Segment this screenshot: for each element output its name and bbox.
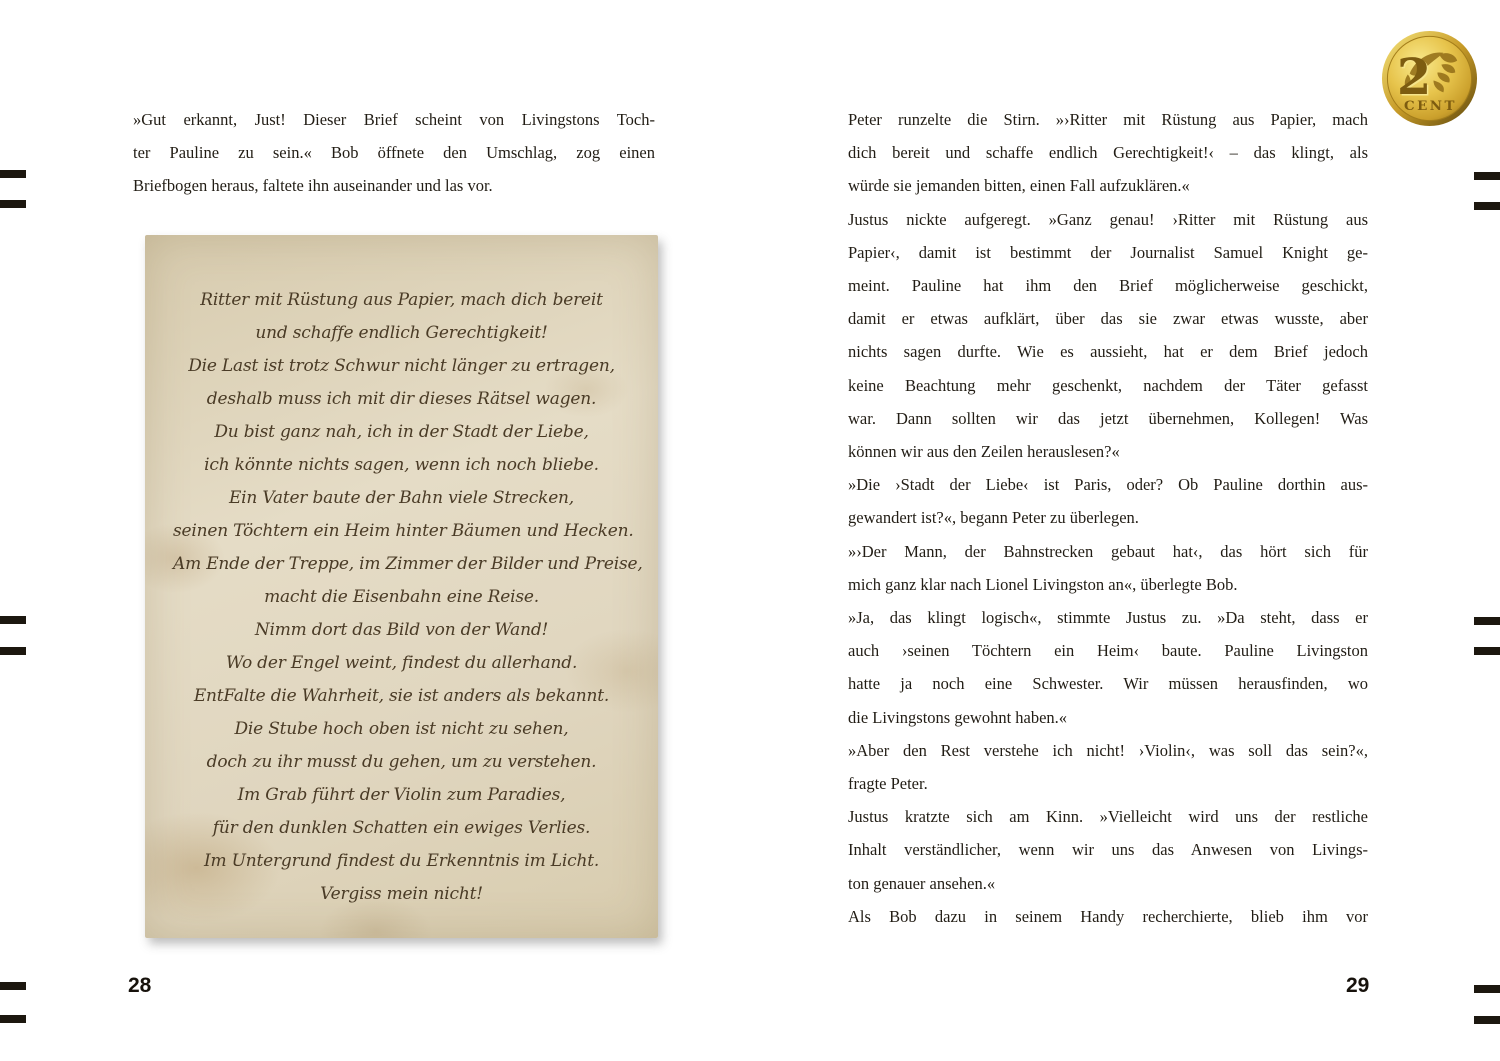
- text-line: Im Untergrund findest du Erkenntnis im L…: [173, 845, 630, 878]
- text-line: Ritter mit Rüstung aus Papier, mach dich…: [173, 284, 630, 317]
- text-line: »Ja, das klingt logisch«, stimmte Justus…: [848, 601, 1368, 634]
- text-line: meint. Pauline hat ihm den Brief möglich…: [848, 269, 1368, 302]
- text-line: Im Grab führt der Violin zum Paradies,: [173, 779, 630, 812]
- text-line: hatte ja noch eine Schwester. Wir müssen…: [848, 667, 1368, 700]
- text-line: Wo der Engel weint, findest du allerhand…: [173, 647, 630, 680]
- text-line: ton genauer ansehen.«: [848, 867, 1368, 900]
- registration-mark: [1474, 172, 1500, 180]
- registration-mark: [1474, 985, 1500, 993]
- text-line: war. Dann sollten wir das jetzt übernehm…: [848, 402, 1368, 435]
- text-line: fragte Peter.: [848, 767, 1368, 800]
- text-line: Peter runzelte die Stirn. »›Ritter mit R…: [848, 103, 1368, 136]
- text-line: Justus kratzte sich am Kinn. »Vielleicht…: [848, 800, 1368, 833]
- registration-mark: [1474, 617, 1500, 625]
- text-line: Am Ende der Treppe, im Zimmer der Bilder…: [173, 548, 630, 581]
- page-number-left: 28: [128, 974, 151, 998]
- registration-mark: [0, 982, 26, 990]
- text-line: Als Bob dazu in seinem Handy recherchier…: [848, 900, 1368, 933]
- text-line: doch zu ihr musst du gehen, um zu verste…: [173, 746, 630, 779]
- riddle-letter: Ritter mit Rüstung aus Papier, mach dich…: [145, 235, 658, 938]
- registration-mark: [0, 200, 26, 208]
- book-spread: 2 2 CENT »Gut erkannt, Just! Dieser Brie…: [0, 0, 1500, 1061]
- registration-mark: [1474, 202, 1500, 210]
- registration-mark: [1474, 647, 1500, 655]
- text-line: würde sie jemanden bitten, einen Fall au…: [848, 169, 1368, 202]
- registration-mark: [0, 170, 26, 178]
- text-line: Nimm dort das Bild von der Wand!: [173, 614, 630, 647]
- text-line: Die Last ist trotz Schwur nicht länger z…: [173, 350, 630, 383]
- text-line: Ein Vater baute der Bahn viele Strecken,: [173, 482, 630, 515]
- registration-mark: [0, 1015, 26, 1023]
- text-line: können wir aus den Zeilen herauslesen?«: [848, 435, 1368, 468]
- text-line: für den dunklen Schatten ein ewiges Verl…: [173, 812, 630, 845]
- text-line: gewandert ist?«, begann Peter zu überleg…: [848, 501, 1368, 534]
- text-line: Briefbogen heraus, faltete ihn auseinand…: [133, 169, 655, 202]
- text-line: ich könnte nichts sagen, wenn ich noch b…: [173, 449, 630, 482]
- coin-label: CENT: [1404, 98, 1457, 114]
- text-line: Vergiss mein nicht!: [173, 878, 630, 911]
- text-line: dich bereit und schaffe endlich Gerechti…: [848, 136, 1368, 169]
- text-line: Inhalt verständlicher, wenn wir uns das …: [848, 833, 1368, 866]
- text-line: »Die ›Stadt der Liebe‹ ist Paris, oder? …: [848, 468, 1368, 501]
- coin-graphic: 2 2 CENT: [1380, 29, 1479, 128]
- text-line: Die Stube hoch oben ist nicht zu sehen,: [173, 713, 630, 746]
- text-line: EntFalte die Wahrheit, sie ist anders al…: [173, 680, 630, 713]
- text-line: mich ganz klar nach Lionel Livingston an…: [848, 568, 1368, 601]
- coin-value: 2: [1397, 48, 1431, 106]
- right-page-text: Peter runzelte die Stirn. »›Ritter mit R…: [848, 103, 1368, 933]
- text-line: damit er etwas aufklärt, über das sie zw…: [848, 302, 1368, 335]
- text-line: »Gut erkannt, Just! Dieser Brief scheint…: [133, 103, 655, 136]
- text-line: die Livingstons gewohnt haben.«: [848, 701, 1368, 734]
- text-line: und schaffe endlich Gerechtigkeit!: [173, 317, 630, 350]
- registration-mark: [0, 616, 26, 624]
- text-line: Du bist ganz nah, ich in der Stadt der L…: [173, 416, 630, 449]
- left-page-text: »Gut erkannt, Just! Dieser Brief scheint…: [133, 103, 655, 203]
- text-line: »›Der Mann, der Bahnstrecken gebaut hat‹…: [848, 535, 1368, 568]
- text-line: deshalb muss ich mit dir dieses Rätsel w…: [173, 383, 630, 416]
- text-line: seinen Töchtern ein Heim hinter Bäumen u…: [173, 515, 630, 548]
- text-line: keine Beachtung mehr geschenkt, nachdem …: [848, 369, 1368, 402]
- text-line: ter Pauline zu sein.« Bob öffnete den Um…: [133, 136, 655, 169]
- registration-mark: [1474, 1016, 1500, 1024]
- registration-mark: [0, 647, 26, 655]
- text-line: »Aber den Rest verstehe ich nicht! ›Viol…: [848, 734, 1368, 767]
- text-line: macht die Eisenbahn eine Reise.: [173, 581, 630, 614]
- text-line: Justus nickte aufgeregt. »Ganz genau! ›R…: [848, 203, 1368, 236]
- page-number-right: 29: [1346, 974, 1369, 998]
- text-line: nichts sagen durfte. Wie es aussieht, ha…: [848, 335, 1368, 368]
- two-cent-coin: 2 2 CENT: [1380, 29, 1479, 128]
- text-line: Papier‹, damit ist bestimmt der Journali…: [848, 236, 1368, 269]
- text-line: auch ›seinen Töchtern ein Heim‹ baute. P…: [848, 634, 1368, 667]
- letter-lines: Ritter mit Rüstung aus Papier, mach dich…: [173, 284, 630, 911]
